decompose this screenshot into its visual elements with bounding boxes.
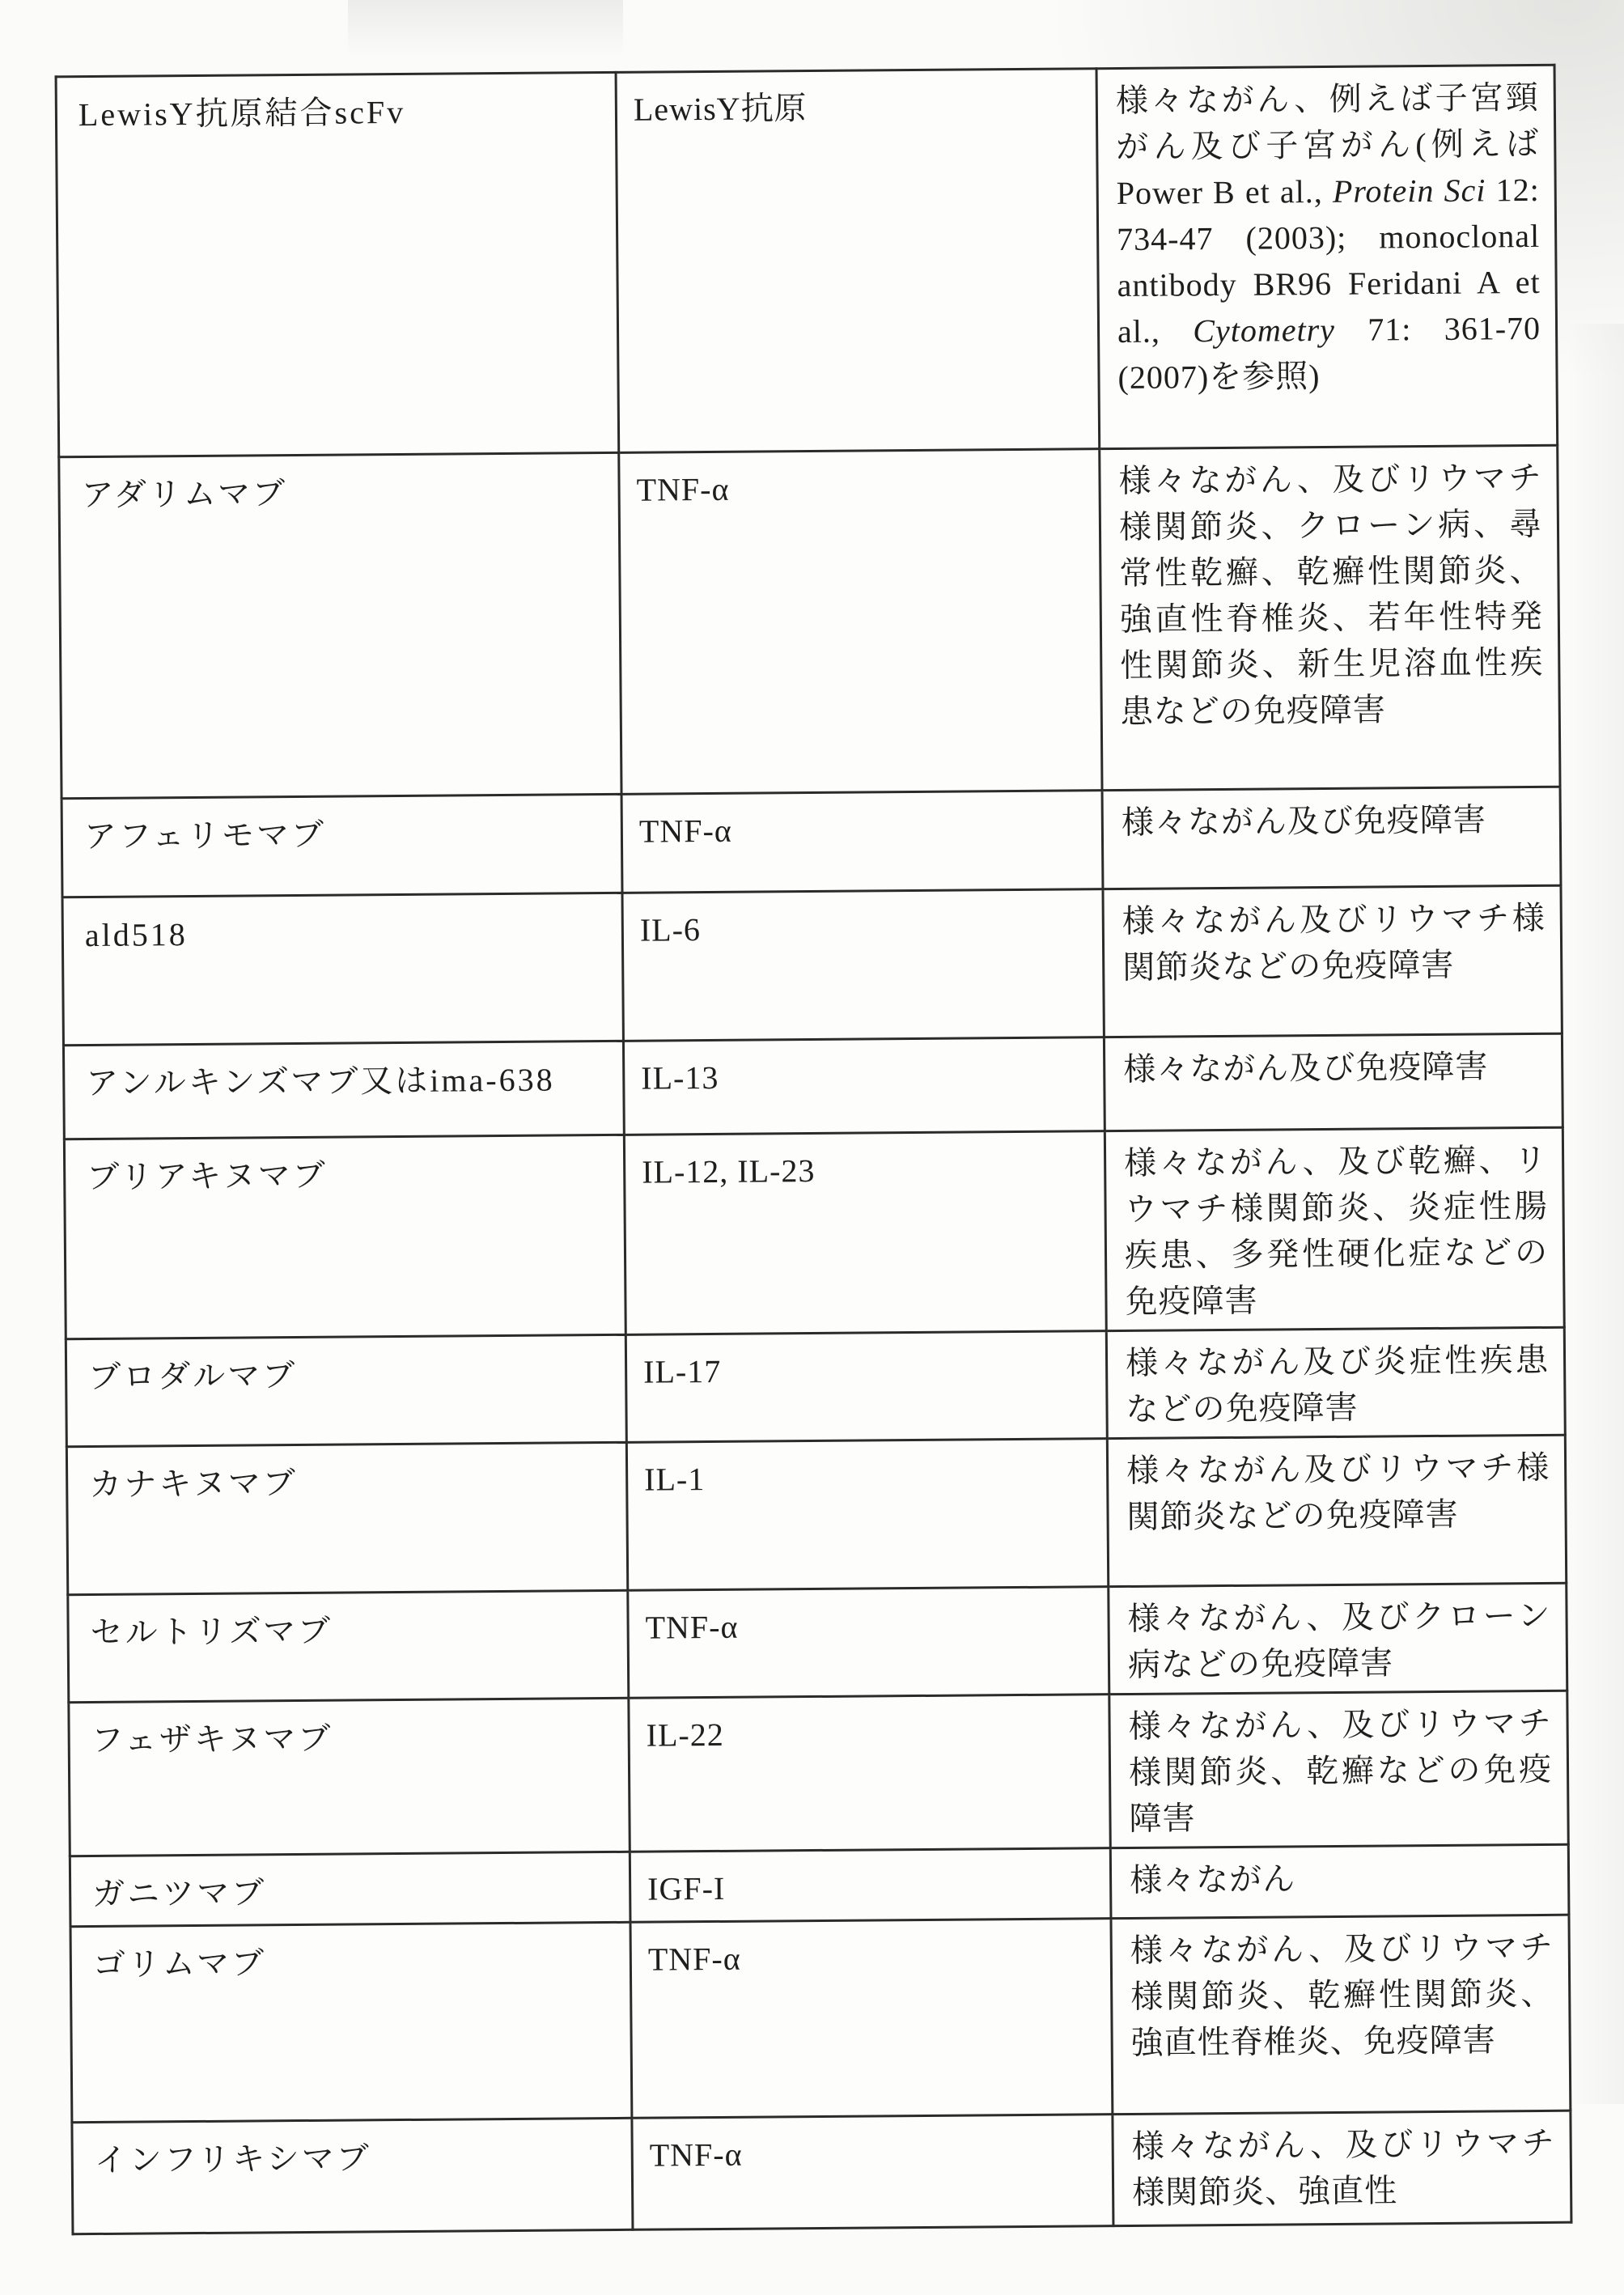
- antibody-name-cell: ブロダルマブ: [66, 1334, 626, 1446]
- disease-cell: 様々ながん、及び乾癬、リウマチ様関節炎、炎症性腸疾患、多発性硬化症などの免疫障害: [1105, 1127, 1564, 1330]
- target-cell: IL-13: [623, 1037, 1105, 1135]
- target-cell: IL-22: [629, 1695, 1110, 1852]
- table-row: ゴリムマブ TNF-α 様々ながん、及びリウマチ様関節炎、乾癬性関節炎、強直性脊…: [70, 1915, 1571, 2123]
- table-row: ald518 IL-6 様々ながん及びリウマチ様関節炎などの免疫障害: [62, 885, 1562, 1046]
- antibody-name-cell: セルトリズマブ: [68, 1590, 629, 1702]
- scan-shading-artifact: [348, 0, 623, 57]
- antibody-name-cell: ガニツマブ: [70, 1852, 630, 1926]
- disease-cell: 様々ながん及び免疫障害: [1102, 787, 1561, 889]
- journal-name-italic: Cytometry: [1193, 312, 1335, 349]
- target-cell: TNF-α: [630, 1919, 1113, 2119]
- disease-cell: 様々ながん及びリウマチ様関節炎などの免疫障害: [1107, 1435, 1566, 1586]
- disease-cell: 様々ながん、及びリウマチ様関節炎、クローン病、尋常性乾癬、乾癬性関節炎、強直性脊…: [1100, 445, 1560, 790]
- target-cell: LewisY抗原: [616, 69, 1100, 453]
- table-row: カナキヌマブ IL-1 様々ながん及びリウマチ様関節炎などの免疫障害: [66, 1435, 1566, 1595]
- antibody-name-cell: ゴリムマブ: [70, 1922, 632, 2122]
- antibody-name-cell: アフェリモマブ: [61, 794, 622, 897]
- antibody-target-disease-table: LewisY抗原結合scFv LewisY抗原 様々ながん、例えば子宮頸がん及び…: [55, 64, 1573, 2235]
- target-cell: TNF-α: [621, 791, 1103, 893]
- table-row: アダリムマブ TNF-α 様々ながん、及びリウマチ様関節炎、クローン病、尋常性乾…: [59, 445, 1560, 799]
- scan-shading-artifact: [1567, 324, 1624, 2104]
- antibody-name-cell: ブリアキヌマブ: [64, 1135, 625, 1338]
- target-cell: IL-1: [626, 1439, 1108, 1591]
- target-cell: TNF-α: [619, 449, 1102, 795]
- disease-cell: 様々ながん、例えば子宮頸がん及び子宮がん(例えば Power B et al.,…: [1096, 65, 1558, 448]
- table-row: アフェリモマブ TNF-α 様々ながん及び免疫障害: [61, 787, 1561, 897]
- table-row: インフリキシマブ TNF-α 様々ながん、及びリウマチ様関節炎、強直性: [72, 2110, 1571, 2234]
- table-row: フェザキヌマブ IL-22 様々ながん、及びリウマチ様関節炎、乾癬などの免疫障害: [69, 1690, 1568, 1856]
- antibody-name-cell: ald518: [62, 893, 623, 1045]
- antibody-name-cell: LewisY抗原結合scFv: [56, 72, 619, 456]
- journal-name-italic: Protein Sci: [1333, 172, 1486, 209]
- antibody-name-cell: インフリキシマブ: [72, 2118, 633, 2233]
- disease-cell: 様々ながん、及びクローン病などの免疫障害: [1109, 1583, 1567, 1694]
- antibody-name-cell: アダリムマブ: [59, 452, 621, 798]
- target-cell: TNF-α: [628, 1587, 1109, 1699]
- table-row: アンルキンズマブ又はima-638 IL-13 様々ながん及び免疫障害: [63, 1033, 1563, 1139]
- table-row: セルトリズマブ TNF-α 様々ながん、及びクローン病などの免疫障害: [68, 1583, 1567, 1703]
- table-row: ガニツマブ IGF-I 様々ながん: [70, 1844, 1569, 1927]
- antibody-name-cell: カナキヌマブ: [66, 1442, 627, 1594]
- target-cell: IL-6: [622, 889, 1104, 1041]
- target-cell: IL-12, IL-23: [624, 1131, 1106, 1335]
- disease-cell: 様々ながん及び免疫障害: [1104, 1033, 1563, 1131]
- table-row: ブリアキヌマブ IL-12, IL-23 様々ながん、及び乾癬、リウマチ様関節炎…: [64, 1127, 1564, 1339]
- table-row: ブロダルマブ IL-17 様々ながん及び炎症性疾患などの免疫障害: [66, 1327, 1565, 1447]
- disease-cell: 様々ながん及びリウマチ様関節炎などの免疫障害: [1103, 885, 1562, 1037]
- antibody-name-cell: フェザキヌマブ: [69, 1698, 630, 1856]
- disease-cell: 様々ながん、及びリウマチ様関節炎、乾癬などの免疫障害: [1109, 1690, 1568, 1847]
- disease-cell: 様々ながん、及びリウマチ様関節炎、強直性: [1113, 2110, 1571, 2225]
- disease-cell: 様々ながん: [1110, 1844, 1569, 1918]
- scanned-document-page: { "table": { "rows": [ { "antibody": "Le…: [0, 0, 1624, 2295]
- disease-cell: 様々ながん及び炎症性疾患などの免疫障害: [1106, 1327, 1565, 1438]
- antibody-name-cell: アンルキンズマブ又はima-638: [63, 1041, 624, 1139]
- target-cell: IL-17: [625, 1331, 1107, 1443]
- target-cell: IGF-I: [630, 1848, 1111, 1923]
- target-cell: TNF-α: [632, 2115, 1113, 2230]
- table-row: LewisY抗原結合scFv LewisY抗原 様々ながん、例えば子宮頸がん及び…: [56, 65, 1558, 457]
- disease-cell: 様々ながん、及びリウマチ様関節炎、乾癬性関節炎、強直性脊椎炎、免疫障害: [1111, 1915, 1571, 2114]
